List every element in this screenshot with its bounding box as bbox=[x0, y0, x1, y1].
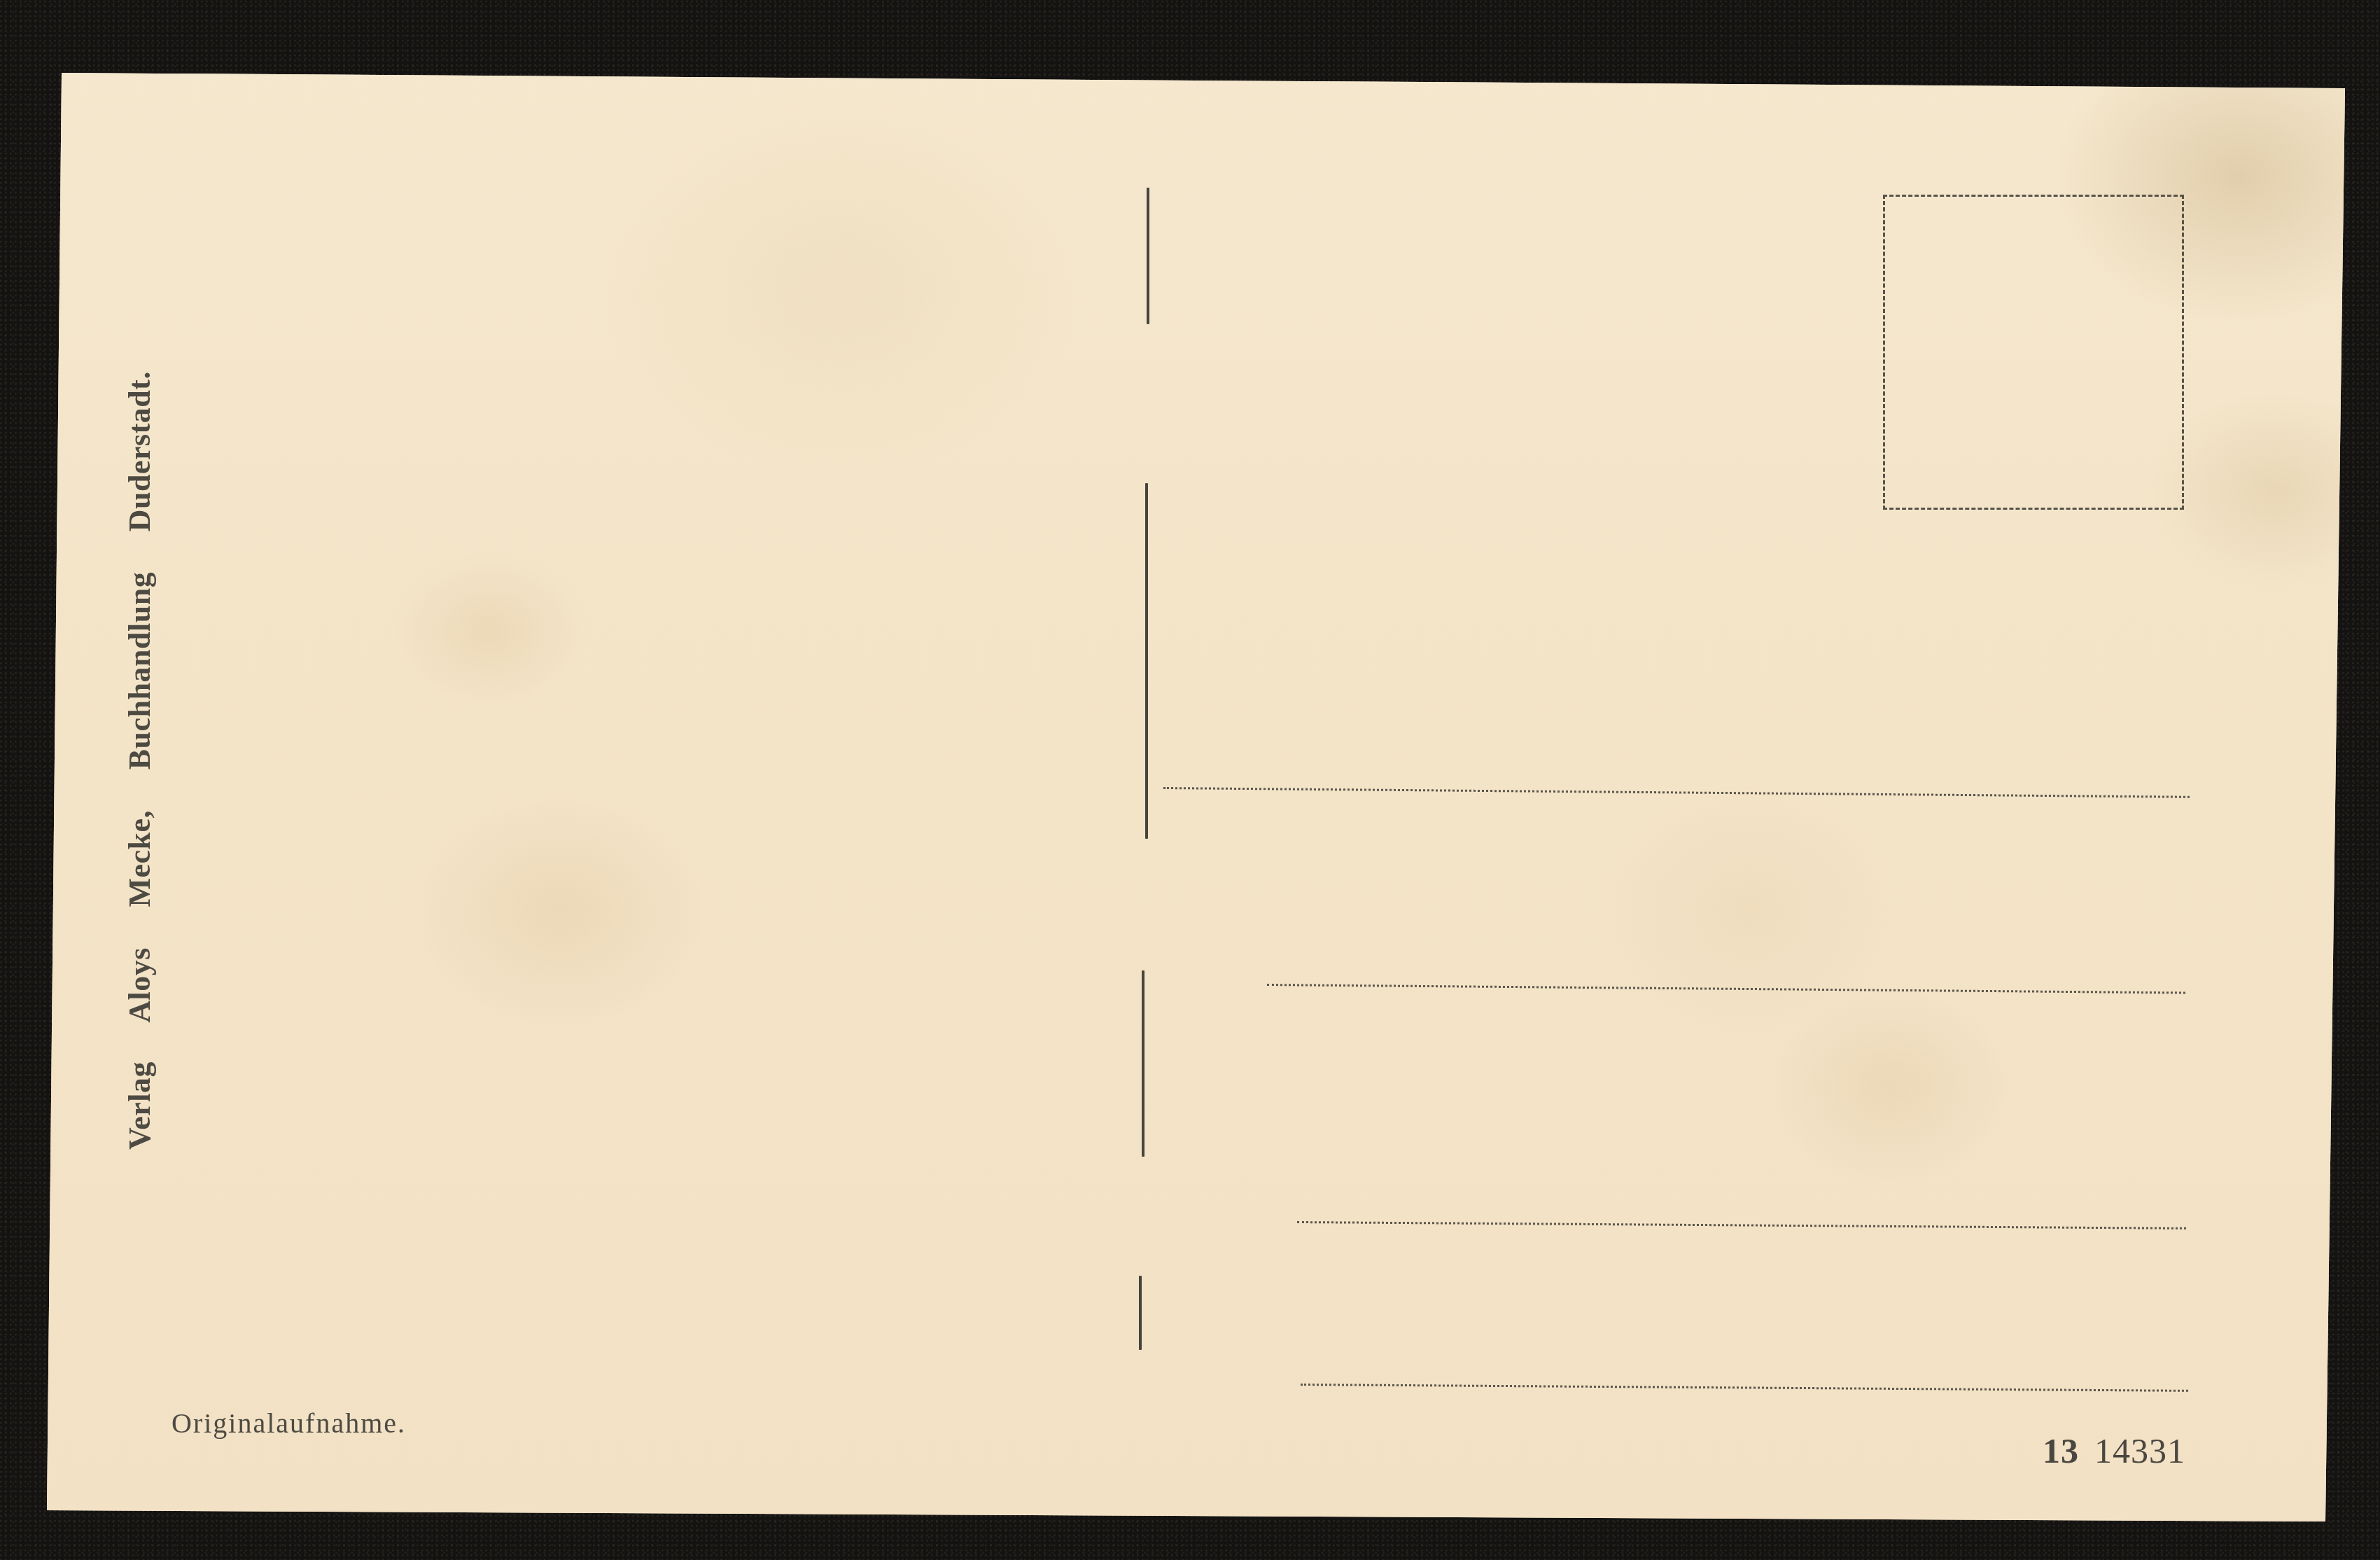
serial-number: 1314331 bbox=[2043, 1433, 2185, 1469]
divider-segment-4 bbox=[1139, 1276, 1142, 1350]
divider-segment-2 bbox=[1145, 483, 1148, 839]
address-line-3 bbox=[1297, 1221, 2186, 1230]
address-line-4 bbox=[1301, 1384, 2188, 1392]
postcard: Verlag Aloys Mecke, Buchhandlung Duderst… bbox=[0, 0, 2380, 1560]
address-line-1 bbox=[1163, 787, 2190, 798]
publisher-imprint-container: Verlag Aloys Mecke, Buchhandlung Duderst… bbox=[123, 371, 157, 1150]
serial-prefix: 13 bbox=[2043, 1431, 2079, 1470]
divider-segment-3 bbox=[1142, 970, 1144, 1157]
publisher-imprint: Verlag Aloys Mecke, Buchhandlung Duderst… bbox=[123, 371, 157, 1150]
serial-value: 14331 bbox=[2094, 1431, 2185, 1470]
address-line-2 bbox=[1267, 984, 2185, 994]
caption-original-photo: Originalaufnahme. bbox=[171, 1406, 406, 1441]
stamp-box bbox=[1883, 195, 2184, 510]
divider-segment-1 bbox=[1147, 188, 1149, 324]
